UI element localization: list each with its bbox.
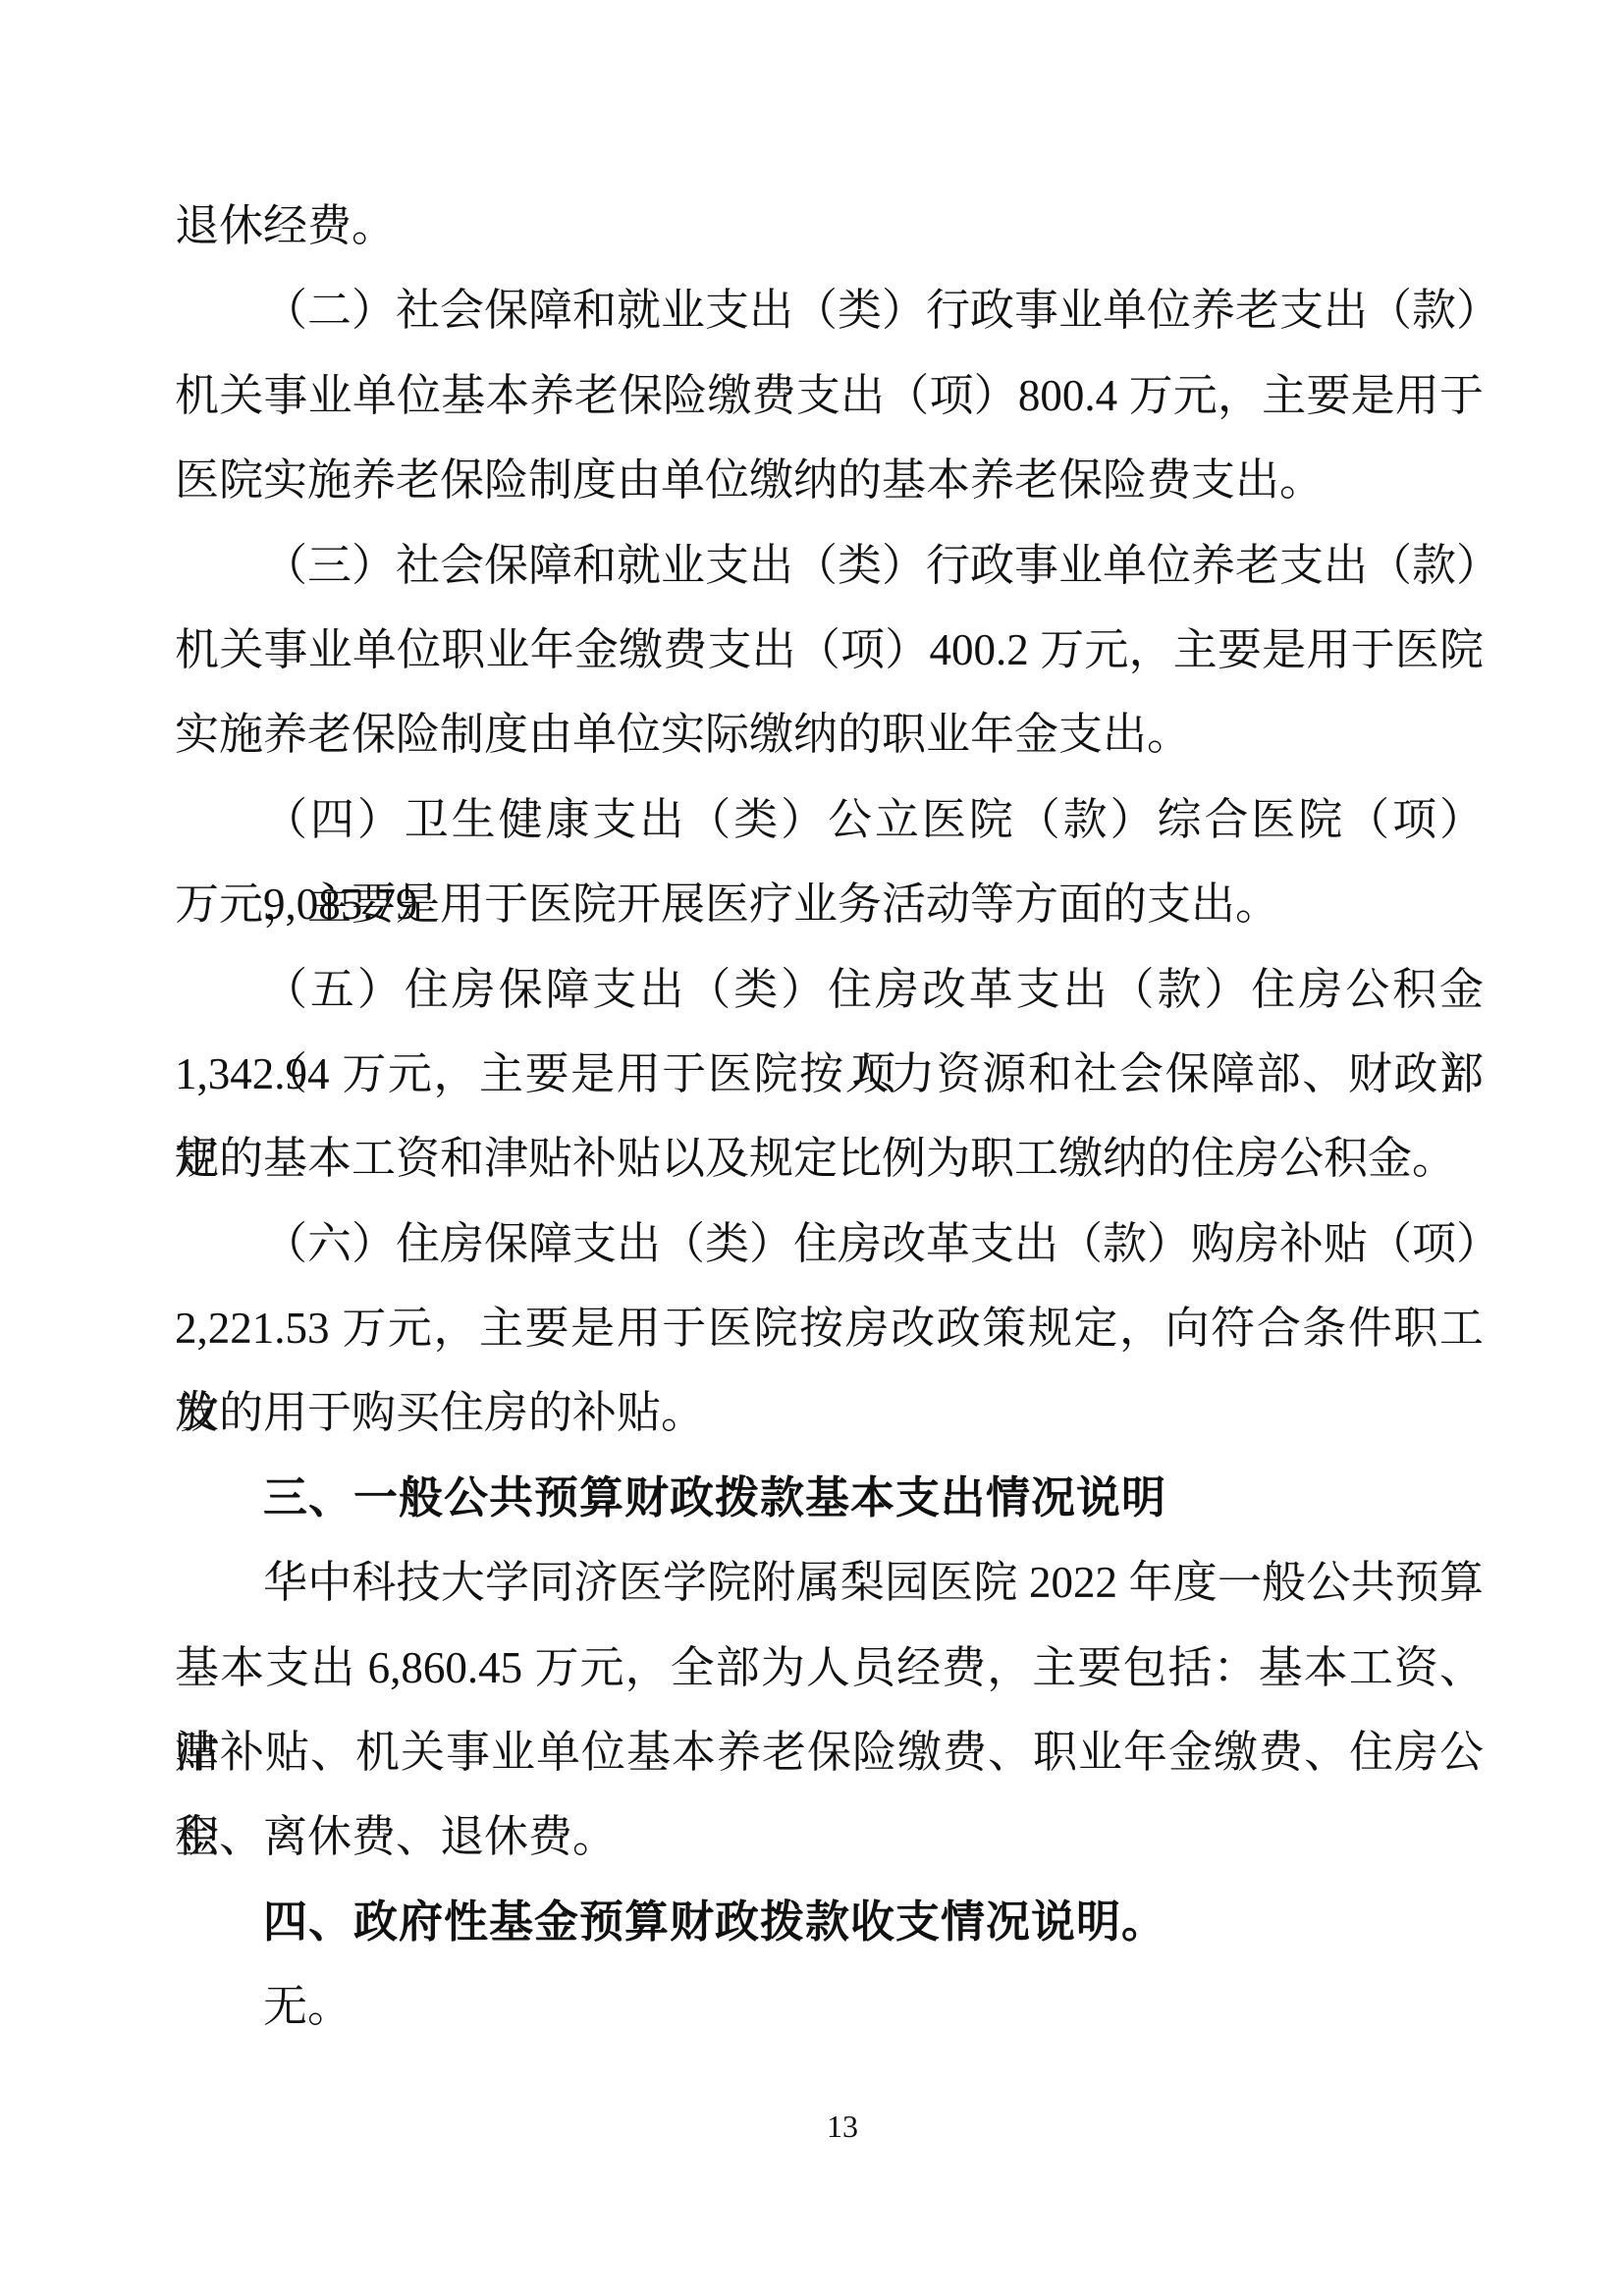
document-line: （六）住房保障支出（类）住房改革支出（款）购房补贴（项） [175, 1201, 1484, 1286]
document-line: 1,342.94 万元，主要是用于医院按人力资源和社会保障部、财政部规 [175, 1032, 1484, 1116]
section-heading-4: 四、政府性基金预算财政拨款收支情况说明。 [175, 1880, 1484, 1964]
document-line: 医院实施养老保险制度由单位缴纳的基本养老保险费支出。 [175, 438, 1484, 522]
document-body: 退休经费。 （二）社会保障和就业支出（类）行政事业单位养老支出（款） 机关事业单… [175, 184, 1484, 2050]
document-line: 实施养老保险制度由单位实际缴纳的职业年金支出。 [175, 692, 1484, 776]
document-line: 2,221.53 万元，主要是用于医院按房改政策规定，向符合条件职工发 [175, 1286, 1484, 1370]
document-line: 放的用于购买住房的补贴。 [175, 1370, 1484, 1455]
document-line: （二）社会保障和就业支出（类）行政事业单位养老支出（款） [175, 268, 1484, 352]
section-heading-3: 三、一般公共预算财政拨款基本支出情况说明 [175, 1456, 1484, 1540]
document-line: 贴补贴、机关事业单位基本养老保险缴费、职业年金缴费、住房公积 [175, 1710, 1484, 1794]
document-line: 机关事业单位基本养老保险缴费支出（项）800.4 万元，主要是用于 [175, 353, 1484, 438]
document-line: 华中科技大学同济医学院附属梨园医院 2022 年度一般公共预算 [175, 1540, 1484, 1625]
document-line: 退休经费。 [175, 184, 1484, 268]
document-line: 基本支出 6,860.45 万元，全部为人员经费，主要包括：基本工资、津 [175, 1626, 1484, 1710]
document-line: 无。 [175, 1964, 1484, 2049]
document-line: （四）卫生健康支出（类）公立医院（款）综合医院（项）9,085.79 [175, 777, 1484, 862]
document-line: 机关事业单位职业年金缴费支出（项）400.2 万元，主要是用于医院 [175, 608, 1484, 692]
page-number: 13 [0, 2109, 1624, 2145]
document-line: （五）住房保障支出（类）住房改革支出（款）住房公积金（项） [175, 947, 1484, 1032]
document-line: 万元，主要是用于医院开展医疗业务活动等方面的支出。 [175, 862, 1484, 946]
document-page: 退休经费。 （二）社会保障和就业支出（类）行政事业单位养老支出（款） 机关事业单… [0, 0, 1624, 2296]
document-line: 金、离休费、退休费。 [175, 1794, 1484, 1879]
document-line: 定的基本工资和津贴补贴以及规定比例为职工缴纳的住房公积金。 [175, 1116, 1484, 1201]
document-line: （三）社会保障和就业支出（类）行政事业单位养老支出（款） [175, 523, 1484, 608]
